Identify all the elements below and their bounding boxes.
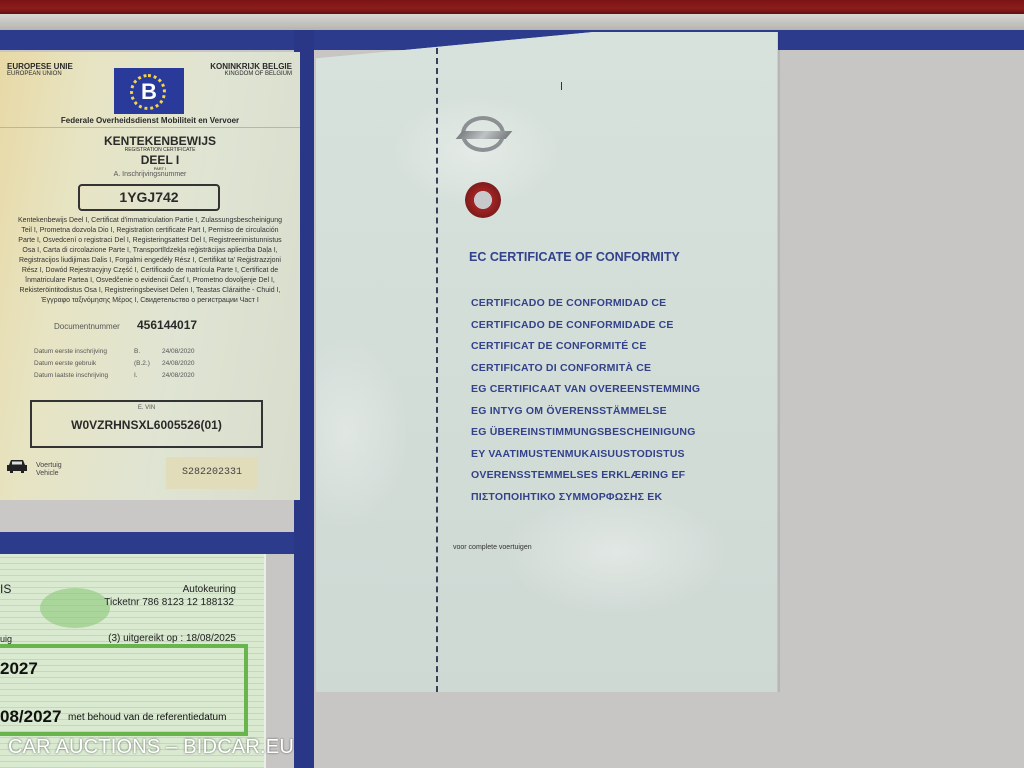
vin-label: E. VIN <box>32 405 261 411</box>
red-frame-rail <box>0 0 1024 14</box>
translation-line: EY VAATIMUSTENMUKAISUUSTODISTUS <box>471 448 700 470</box>
date-code: I. <box>134 372 138 379</box>
date-row: Datum laatste inschrijving I. 24/08/2020 <box>34 372 234 379</box>
opel-bolt-icon <box>456 131 513 139</box>
eu-flag-icon: B <box>114 68 184 114</box>
date-value: 24/08/2020 <box>162 372 195 379</box>
vin-box: E. VIN W0VZRHNSXL6005526(01) <box>30 400 263 448</box>
document-title: KENTEKENBEWIJS <box>0 134 300 148</box>
serial-box: S282202331 <box>166 457 258 489</box>
date-label: Datum laatste inschrijving <box>34 372 108 379</box>
page-shadow <box>777 32 780 692</box>
translation-line: OVERENSSTEMMELSES ERKLÆRING EF <box>471 469 700 491</box>
vin-number: W0VZRHNSXL6005526(01) <box>32 418 261 432</box>
country-letter: B <box>114 79 184 105</box>
grey-frame-rail <box>0 14 1024 30</box>
registration-certificate: EUROPESE UNIE EUROPEAN UNION KONINKRIJK … <box>0 52 300 500</box>
valid-date: 08/2027 <box>0 707 61 727</box>
inspection-logo-icon <box>40 588 110 628</box>
translation-line: EG CERTIFICAAT VAN OVEREENSTEMMING <box>471 383 700 405</box>
coc-footnote: voor complete voertuigen <box>453 544 532 551</box>
kingdom-label-nl: KONINKRIJK BELGIE <box>210 62 292 71</box>
ticket-number: Ticketnr 786 8123 12 188132 <box>104 597 234 608</box>
date-row: Datum eerste gebruik (B.2.) 24/08/2020 <box>34 360 234 367</box>
vehicle-fragment: uig <box>0 634 12 644</box>
watermark: CAR AUCTIONS – BIDCAR.EU <box>8 736 294 759</box>
translation-line: CERTIFICAT DE CONFORMITÉ CE <box>471 340 700 362</box>
vehicle-label-en: Vehicle <box>36 470 59 477</box>
reference-date-note: met behoud van de referentiedatum <box>68 712 226 723</box>
fold-line <box>436 48 438 692</box>
board-gap <box>0 500 294 532</box>
translation-line: EG INTYG OM ÖVERENSSTÄMMELSE <box>471 405 700 427</box>
date-row: Datum eerste inschrijving B. 24/08/2020 <box>34 348 234 355</box>
blue-band-middle <box>0 532 314 554</box>
serial-number: S282202331 <box>166 467 258 478</box>
date-label: Datum eerste inschrijving <box>34 348 107 355</box>
vehicle-label-nl: Voertuig <box>36 462 62 469</box>
eu-label-en: EUROPEAN UNION <box>7 71 62 77</box>
coc-document: EC CERTIFICATE OF CONFORMITY CERTIFICADO… <box>316 32 778 692</box>
date-code: B. <box>134 348 140 355</box>
issue-date: (3) uitgereikt op : 18/08/2025 <box>108 633 236 644</box>
opel-logo-icon <box>461 116 505 152</box>
translation-line: EG ÜBEREINSTIMMUNGSBESCHEINIGUNG <box>471 426 700 448</box>
date-value: 24/08/2020 <box>162 360 195 367</box>
coc-title: EC CERTIFICATE OF CONFORMITY <box>469 250 680 264</box>
date-value: 24/08/2020 <box>162 348 195 355</box>
brand-fragment: IS <box>0 582 11 596</box>
service-name: Autokeuring <box>183 584 236 595</box>
document-part: DEEL I <box>0 153 300 167</box>
divider <box>0 127 300 128</box>
eu-label-nl: EUROPESE UNIE <box>7 62 73 71</box>
car-icon <box>6 458 28 474</box>
translation-line: ΠΙΣΤΟΠΟΙΗΤΙΚΟ ΣΥΜΜΟΡΦΩΣΗΣ ΕΚ <box>471 491 700 513</box>
kingdom-label-en: KINGDOM OF BELGIUM <box>225 71 292 77</box>
tick-mark <box>561 82 562 90</box>
plate-label: A. Inschrijvingsnummer <box>0 171 300 178</box>
date-label: Datum eerste gebruik <box>34 360 96 367</box>
translation-line: CERTIFICADO DE CONFORMIDADE CE <box>471 319 700 341</box>
vauxhall-logo-icon <box>465 182 501 218</box>
authority-name: Federale Overheidsdienst Mobiliteit en V… <box>0 116 300 125</box>
license-plate: 1YGJ742 <box>78 184 220 211</box>
translation-line: CERTIFICADO DE CONFORMIDAD CE <box>471 297 700 319</box>
valid-year: 2027 <box>0 659 38 679</box>
coc-translations: CERTIFICADO DE CONFORMIDAD CE CERTIFICAD… <box>471 297 700 512</box>
document-number: 456144017 <box>137 318 197 332</box>
document-number-label: Documentnummer <box>54 322 120 331</box>
multilingual-text: Kentekenbewijs Deel I, Certificat d'imma… <box>14 216 286 306</box>
date-code: (B.2.) <box>134 360 150 367</box>
translation-line: CERTIFICATO DI CONFORMITÀ CE <box>471 362 700 384</box>
